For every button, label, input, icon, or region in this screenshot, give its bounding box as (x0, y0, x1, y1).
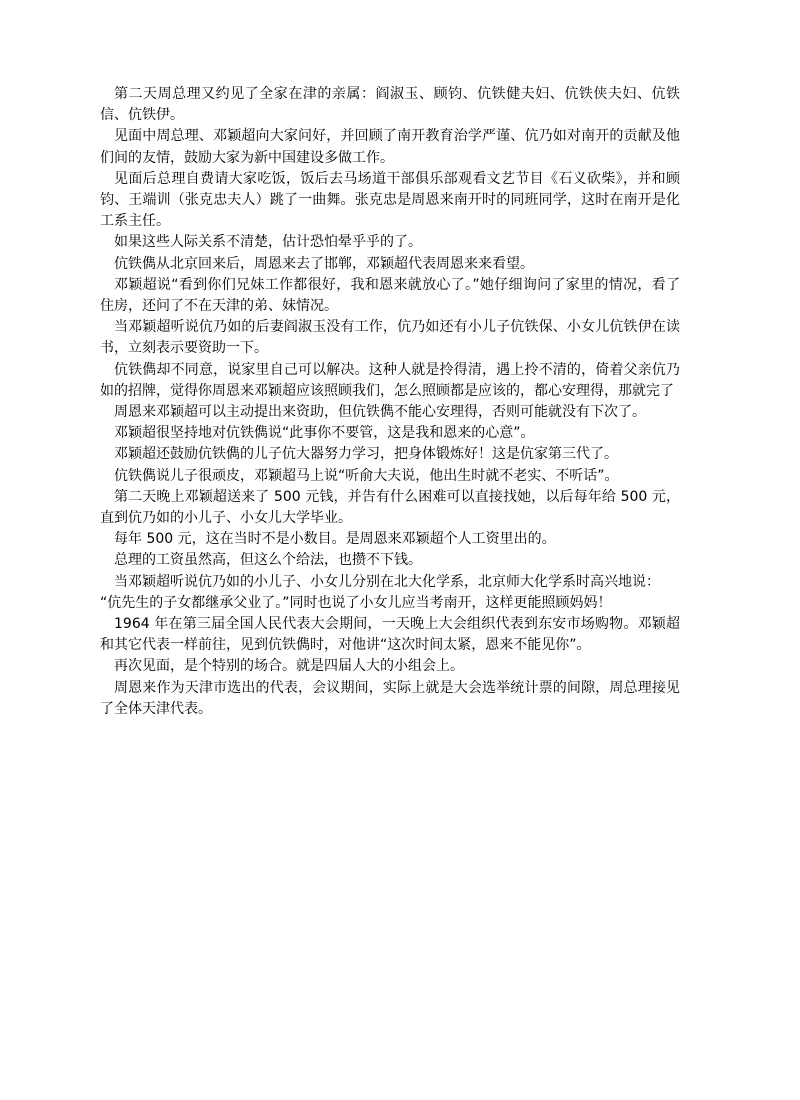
paragraph-16: 当邓颖超听说伉乃如的小儿子、小女儿分别在北大化学系，北京师大化学系时高兴地说： (100, 572, 680, 593)
paragraph-3: 见面后总理自费请大家吃饭，饭后去马场道干部俱乐部观看文艺节目《石义砍柴》，并和顾… (100, 169, 680, 233)
paragraph-17: “伉先生的子女都继承父业了。”同时也说了小女儿应当考南开，这样更能照顾妈妈！ (100, 593, 680, 614)
paragraph-14: 每年 500 元，这在当时不是小数目。是周恩来邓颖超个人工资里出的。 (100, 529, 680, 550)
paragraph-20: 周恩来作为天津市选出的代表，会议期间，实际上就是大会选举统计票的间隙，周总理接见… (100, 678, 680, 720)
paragraph-8: 伉铁儁却不同意，说家里自己可以解决。这种人就是拎得清，遇上拎不清的，倚着父亲伉乃… (100, 360, 680, 402)
paragraph-12: 伉铁儁说儿子很顽皮，邓颖超马上说“听俞大夫说，他出生时就不老实、不听话”。 (100, 466, 680, 487)
paragraph-15: 总理的工资虽然高，但这么个给法，也攒不下钱。 (100, 550, 680, 571)
paragraph-6: 邓颖超说“看到你们兄妹工作都很好，我和恩来就放心了。”她仔细询问了家里的情况，看… (100, 275, 680, 317)
paragraph-4: 如果这些人际关系不清楚，估计恐怕晕乎乎的了。 (100, 232, 680, 253)
paragraph-10: 邓颖超很坚持地对伉铁儁说“此事你不要管，这是我和恩来的心意”。 (100, 423, 680, 444)
paragraph-5: 伉铁儁从北京回来后，周恩来去了邯郸，邓颖超代表周恩来来看望。 (100, 254, 680, 275)
paragraph-9: 周恩来邓颖超可以主动提出来资助，但伉铁儁不能心安理得，否则可能就没有下次了。 (100, 402, 680, 423)
paragraph-11: 邓颖超还鼓励伉铁儁的儿子伉大器努力学习，把身体锻炼好！这是伉家第三代了。 (100, 444, 680, 465)
paragraph-13: 第二天晚上邓颖超送来了 500 元钱，并告有什么困难可以直接找她，以后每年给 5… (100, 487, 680, 529)
document-page: 第二天周总理又约见了全家在津的亲属：阎淑玉、顾钧、伉铁健夫妇、伉铁侠夫妇、伉铁信… (100, 84, 680, 720)
paragraph-18: 1964 年在第三届全国人民代表大会期间，一天晚上大会组织代表到东安市场购物。邓… (100, 614, 680, 656)
paragraph-2: 见面中周总理、邓颖超向大家问好，并回顾了南开教育治学严谨、伉乃如对南开的贡献及他… (100, 126, 680, 168)
paragraph-1: 第二天周总理又约见了全家在津的亲属：阎淑玉、顾钧、伉铁健夫妇、伉铁侠夫妇、伉铁信… (100, 84, 680, 126)
paragraph-19: 再次见面，是个特别的场合。就是四届人大的小组会上。 (100, 656, 680, 677)
paragraph-7: 当邓颖超听说伉乃如的后妻阎淑玉没有工作，伉乃如还有小儿子伉铁保、小女儿伉铁伊在读… (100, 317, 680, 359)
